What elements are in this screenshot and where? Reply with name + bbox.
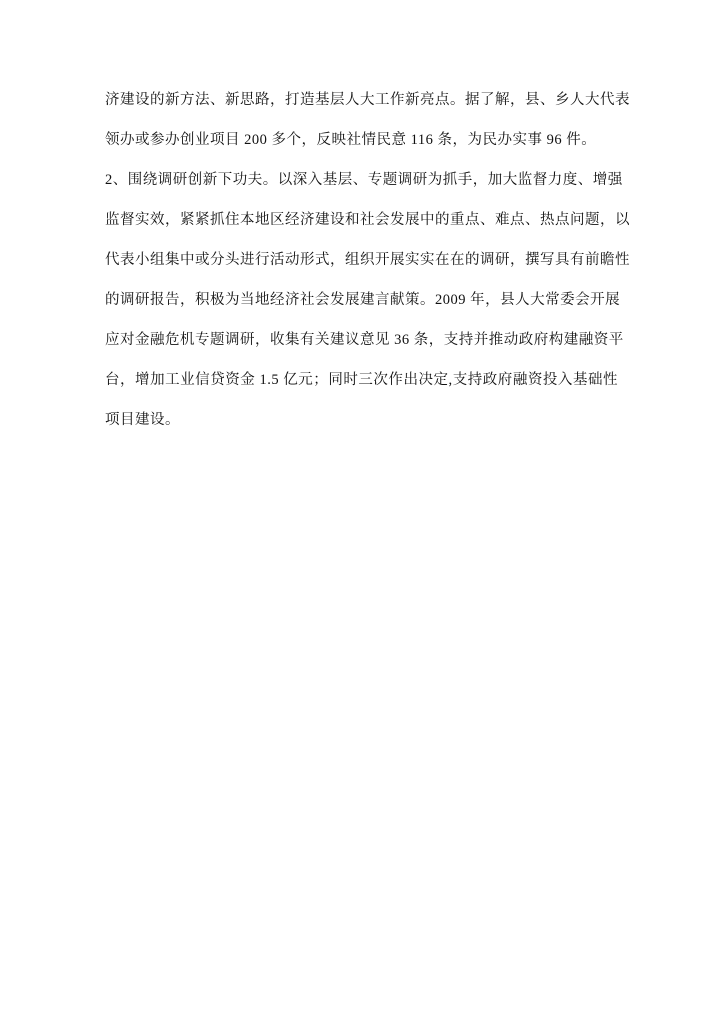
- text-line: 台，增加工业信贷资金 1.5 亿元；同时三次作出决定,支持政府融资投入基础性: [105, 360, 618, 400]
- text-line: 2、围绕调研创新下功夫。以深入基层、专题调研为抓手，加大监督力度、增强: [105, 160, 618, 200]
- text-line: 代表小组集中或分头进行活动形式，组织开展实实在在的调研，撰写具有前瞻性: [105, 240, 618, 280]
- text-line: 项目建设。: [105, 400, 618, 440]
- paragraph: 2、围绕调研创新下功夫。以深入基层、专题调研为抓手，加大监督力度、增强监督实效，…: [105, 160, 618, 440]
- text-line: 应对金融危机专题调研，收集有关建议意见 36 条，支持并推动政府构建融资平: [105, 320, 618, 360]
- document-body: 济建设的新方法、新思路，打造基层人大工作新亮点。据了解，县、乡人大代表领办或参办…: [105, 80, 618, 440]
- text-line: 领办或参办创业项目 200 多个，反映社情民意 116 条，为民办实事 96 件…: [105, 120, 618, 160]
- text-line: 济建设的新方法、新思路，打造基层人大工作新亮点。据了解，县、乡人大代表: [105, 80, 618, 120]
- text-line: 的调研报告，积极为当地经济社会发展建言献策。2009 年，县人大常委会开展: [105, 280, 618, 320]
- text-line: 监督实效，紧紧抓住本地区经济建设和社会发展中的重点、难点、热点问题，以: [105, 200, 618, 240]
- document-page: 济建设的新方法、新思路，打造基层人大工作新亮点。据了解，县、乡人大代表领办或参办…: [0, 0, 721, 1020]
- paragraph: 济建设的新方法、新思路，打造基层人大工作新亮点。据了解，县、乡人大代表领办或参办…: [105, 80, 618, 160]
